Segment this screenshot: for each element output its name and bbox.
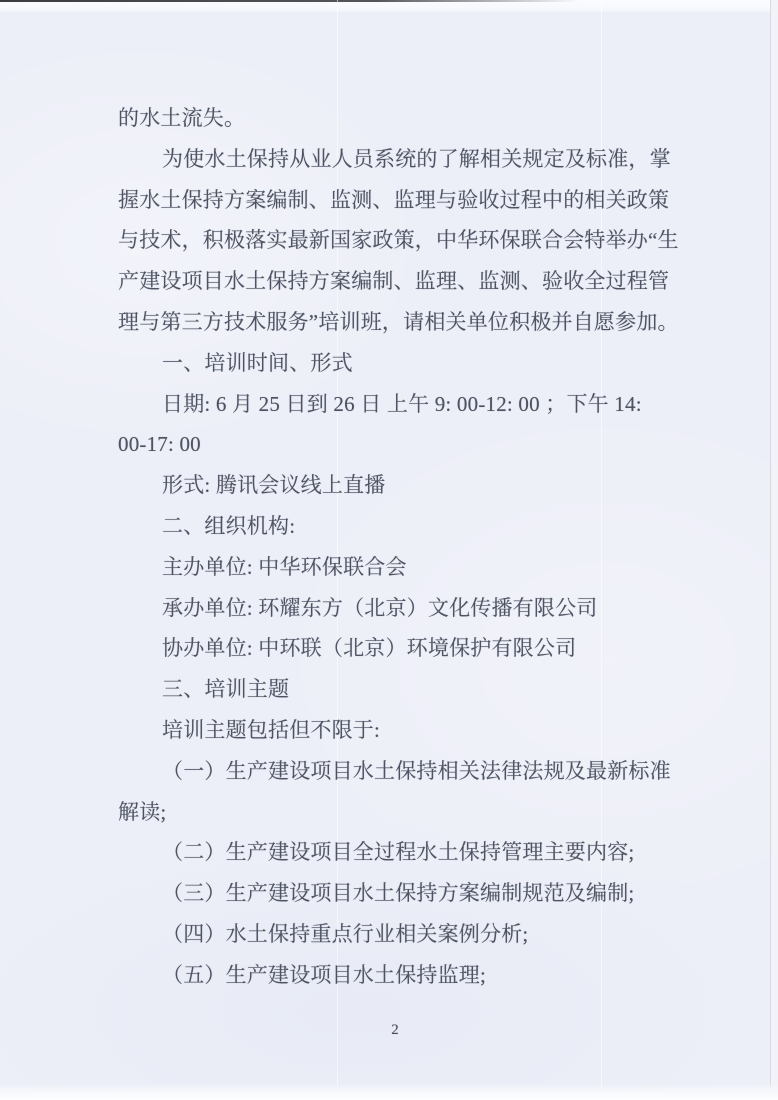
document-line: 日期: 6 月 25 日到 26 日 上午 9: 00-12: 00 ；下午 1… (118, 384, 666, 425)
document-heading-2: 二、组织机构: (118, 506, 666, 547)
document-line: 为使水土保持从业人员系统的了解相关规定及标准，掌 (118, 139, 666, 180)
scan-top-edge-line (0, 0, 580, 2)
document-heading-3: 三、培训主题 (118, 669, 666, 710)
document-line: 形式: 腾讯会议线上直播 (118, 465, 666, 506)
document-list-item: （三）生产建设项目水土保持方案编制规范及编制; (118, 873, 666, 914)
document-line: 产建设项目水土保持方案编制、监理、监测、验收全过程管 (118, 261, 666, 302)
document-line: 解读; (118, 792, 666, 833)
document-line: 协办单位: 中环联（北京）环境保护有限公司 (118, 628, 666, 669)
document-body: 的水土流失。 为使水土保持从业人员系统的了解相关规定及标准，掌 握水土保持方案编… (118, 98, 666, 996)
document-line: 握水土保持方案编制、监测、监理与验收过程中的相关政策 (118, 180, 666, 221)
document-line: 的水土流失。 (118, 98, 666, 139)
document-line: 承办单位: 环耀东方（北京）文化传播有限公司 (118, 588, 666, 629)
document-line: 与技术，积极落实最新国家政策，中华环保联合会特举办“生 (118, 220, 666, 261)
document-list-item: （一）生产建设项目水土保持相关法律法规及最新标准 (118, 751, 666, 792)
document-heading-1: 一、培训时间、形式 (118, 343, 666, 384)
page-number: 2 (0, 1018, 778, 1042)
document-line: 培训主题包括但不限于: (118, 710, 666, 751)
scan-right-edge-band (770, 0, 778, 1100)
document-list-item: （五）生产建设项目水土保持监理; (118, 955, 666, 996)
scan-bottom-white-strip (0, 1083, 778, 1100)
document-line: 主办单位: 中华环保联合会 (118, 547, 666, 588)
document-line: 00-17: 00 (118, 424, 666, 465)
document-list-item: （二）生产建设项目全过程水土保持管理主要内容; (118, 832, 666, 873)
document-line: 理与第三方技术服务”培训班，请相关单位积极并自愿参加。 (118, 302, 666, 343)
scanned-document-page: 的水土流失。 为使水土保持从业人员系统的了解相关规定及标准，掌 握水土保持方案编… (0, 0, 778, 1100)
document-list-item: （四）水土保持重点行业相关案例分析; (118, 914, 666, 955)
